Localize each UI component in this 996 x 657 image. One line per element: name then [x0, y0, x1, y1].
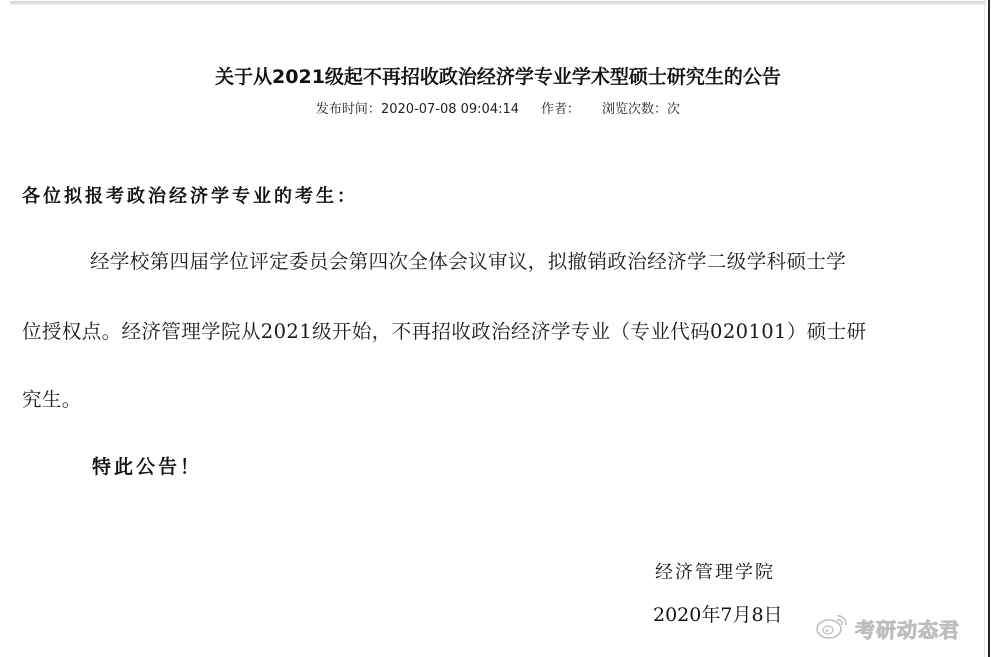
body-line-1: 经学校第四届学位评定委员会第四次全体会议审议，拟撤销政治经济学二级学科硕士学 [90, 246, 846, 274]
publish-time: 2020-07-08 09:04:14 [381, 102, 519, 117]
views-label: 浏览次数： [602, 102, 667, 117]
top-divider [10, 1, 986, 5]
body-line-2: 位授权点。经济管理学院从2021级开始，不再招收政治经济学专业（专业代码0201… [22, 316, 866, 344]
page-title: 关于从2021级起不再招收政治经济学专业学术型硕士研究生的公告 [0, 62, 996, 89]
views-unit: 次 [667, 102, 680, 117]
greeting: 各位拟报考政治经济学专业的考生： [22, 182, 358, 208]
article-meta: 发布时间：2020-07-08 09:04:14作者：浏览次数：次 [0, 98, 996, 117]
signature-date: 2020年7月8日 [653, 600, 783, 627]
watermark: 考研动态君 [815, 612, 960, 644]
weibo-icon [815, 612, 849, 644]
publish-label: 发布时间： [316, 102, 381, 117]
closing-statement: 特此公告！ [92, 452, 202, 479]
author-label: 作者： [541, 102, 580, 117]
body-line-3: 究生。 [22, 384, 82, 412]
watermark-text: 考研动态君 [855, 614, 960, 643]
signature-organization: 经济管理学院 [655, 558, 775, 584]
